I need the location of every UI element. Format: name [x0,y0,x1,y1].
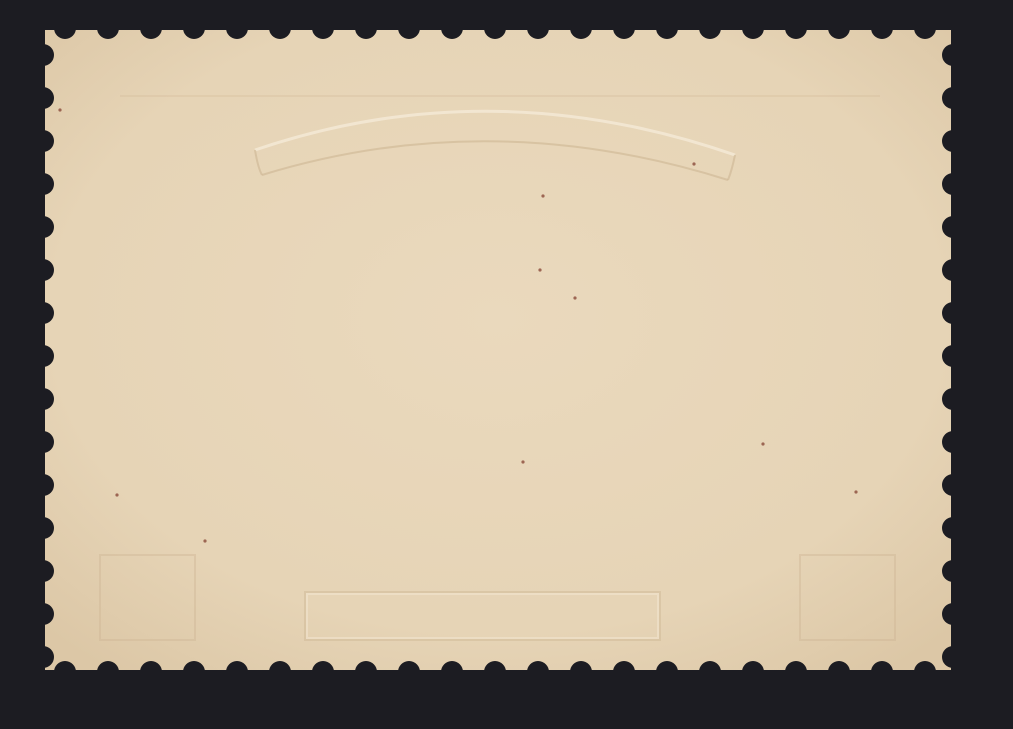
stamp-photo [0,0,1013,729]
stamp-paper [45,30,951,670]
